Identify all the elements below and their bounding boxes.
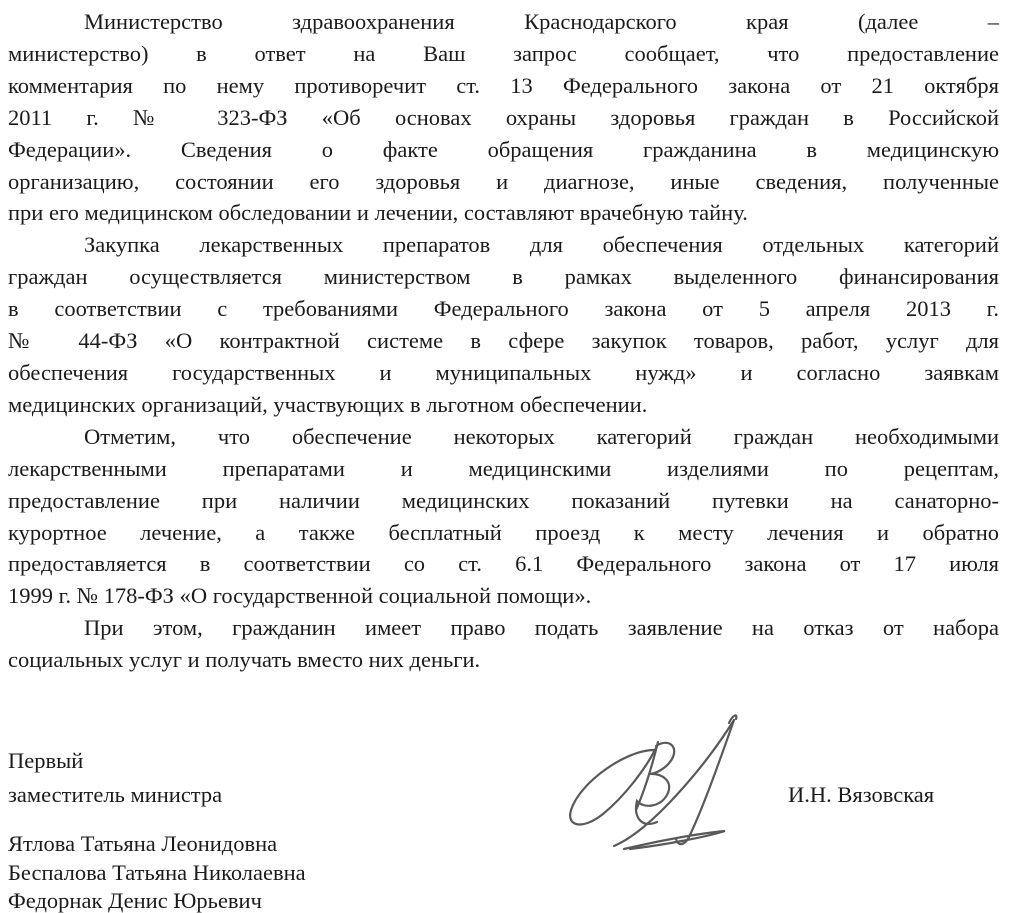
paragraph-line: медицинских организаций, участвующих в л… [8, 389, 999, 421]
executors-list: Ятлова Татьяна Леонидовна Беспалова Тать… [8, 830, 306, 913]
signature-section: Первый заместитель министра [8, 676, 999, 913]
paragraph-2: Закупка лекарственных препаратов для обе… [8, 229, 999, 420]
paragraph-line: в соответствии с требованиями Федерально… [8, 293, 999, 325]
paragraph-line: граждан осуществляется министерством в р… [8, 261, 999, 293]
paragraph-line: № 44-ФЗ «О контрактной системе в сфере з… [8, 325, 999, 357]
paragraph-line: обеспечения государственных и муниципаль… [8, 357, 999, 389]
signer-position-line2: заместитель министра [8, 778, 222, 812]
paragraph-line: комментария по нему противоречит ст. 13 … [8, 70, 999, 102]
paragraph-line: При этом, гражданин имеет право подать з… [8, 612, 999, 644]
signer-name: И.Н. Вязовская [788, 778, 934, 811]
paragraph-line: лекарственными препаратами и медицинским… [8, 453, 999, 485]
paragraph-line: организацию, состоянии его здоровья и ди… [8, 166, 999, 198]
paragraph-line: 2011 г. № 323-ФЗ «Об основах охраны здор… [8, 102, 999, 134]
paragraph-4: При этом, гражданин имеет право подать з… [8, 612, 999, 676]
paragraph-line: 1999 г. № 178-ФЗ «О государственной соци… [8, 580, 999, 612]
letter-page: Министерство здравоохранения Краснодарск… [0, 0, 1011, 913]
executor-name: Беспалова Татьяна Николаевна [8, 859, 306, 888]
paragraph-line: социальных услуг и получать вместо них д… [8, 644, 999, 676]
signer-position-title: Первый заместитель министра [8, 744, 222, 811]
paragraph-line: Закупка лекарственных препаратов для обе… [8, 229, 999, 261]
paragraph-line: при его медицинском обследовании и лечен… [8, 197, 999, 229]
paragraph-line: Министерство здравоохранения Краснодарск… [8, 6, 999, 38]
paragraph-line: Федерации». Сведения о факте обращения г… [8, 134, 999, 166]
executor-name: Ятлова Татьяна Леонидовна [8, 830, 306, 859]
paragraph-line: предоставляется в соответствии со ст. 6.… [8, 548, 999, 580]
handwritten-signature-icon [546, 690, 791, 860]
paragraph-1: Министерство здравоохранения Краснодарск… [8, 6, 999, 229]
executor-name: Федорнак Денис Юрьевич [8, 887, 306, 913]
paragraph-3: Отметим, что обеспечение некоторых катег… [8, 421, 999, 612]
paragraph-line: министерство) в ответ на Ваш запрос сооб… [8, 38, 999, 70]
paragraph-line: Отметим, что обеспечение некоторых катег… [8, 421, 999, 453]
signer-position-line1: Первый [8, 744, 222, 778]
paragraph-line: предоставление при наличии медицинских п… [8, 485, 999, 517]
paragraph-line: курортное лечение, а также бесплатный пр… [8, 517, 999, 549]
